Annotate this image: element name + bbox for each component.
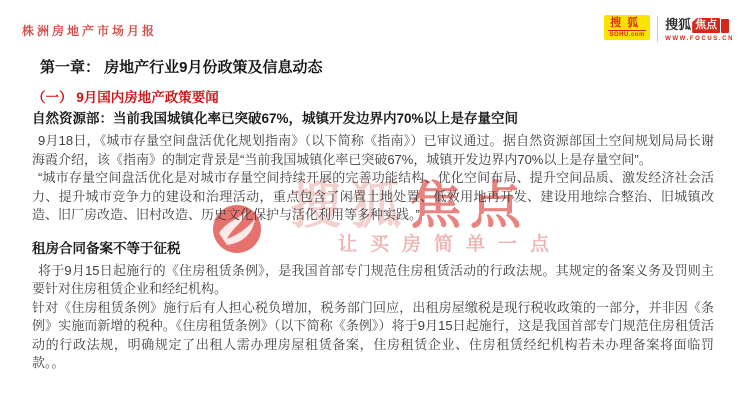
focus-corner-badge: [721, 19, 729, 33]
logo-area: 搜狐 SOHU.com 搜狐 焦点 WWW.FOCUS.CN: [604, 15, 734, 44]
report-label: 株洲房地产市场月报: [22, 22, 157, 39]
focus-house-badge: 焦点: [692, 18, 720, 33]
report-page: 搜狐焦点 让买房简单一点 株洲房地产市场月报 搜狐 SOHU.com 搜狐 焦点…: [0, 0, 740, 416]
sohu-logo: 搜狐 SOHU.com: [604, 15, 650, 40]
section-gap: [32, 225, 714, 240]
sohu-logo-domain: SOHU.com: [608, 30, 646, 39]
sohu-focus-logo-row: 搜狐 焦点: [665, 15, 734, 33]
section1-paragraph-1: 9月18日，《城市存量空间盘活优化规划指南》（以下简称《指南》）已审议通过。据自…: [32, 132, 714, 169]
section1-paragraph-2: “城市存量空间盘活优化是对城市存量空间持续开展的完善功能结构、优化空间布局、提升…: [32, 169, 714, 225]
content: （一） 9月国内房地产政策要闻 自然资源部：当前我国城镇化率已突破67%，城镇开…: [32, 89, 714, 373]
section2-subheading: 租房合同备案不等于征税: [32, 240, 714, 258]
logo-separator: [657, 16, 658, 42]
focus-logo-url: WWW.FOCUS.CN: [665, 35, 734, 44]
section1-subheading: 自然资源部：当前我国城镇化率已突破67%，城镇开发边界内70%以上是存量空间: [32, 110, 714, 128]
page-title: 第一章： 房地产行业9月份政策及信息动态: [40, 56, 323, 77]
sohu-focus-logo: 搜狐 焦点 WWW.FOCUS.CN: [665, 15, 734, 44]
section1-heading: （一） 9月国内房地产政策要闻: [32, 89, 714, 107]
section2-paragraph-1: 将于9月15日起施行的《住房租赁条例》，是我国首部专门规范住房租赁活动的行政法规…: [32, 262, 714, 299]
section2-paragraph-2: 针对《住房租赁条例》施行后有人担心税负增加，税务部门回应，出租房屋缴税是现行税收…: [32, 299, 714, 373]
focus-logo-prefix: 搜狐: [665, 17, 691, 33]
sohu-logo-name: 搜狐: [608, 17, 646, 30]
